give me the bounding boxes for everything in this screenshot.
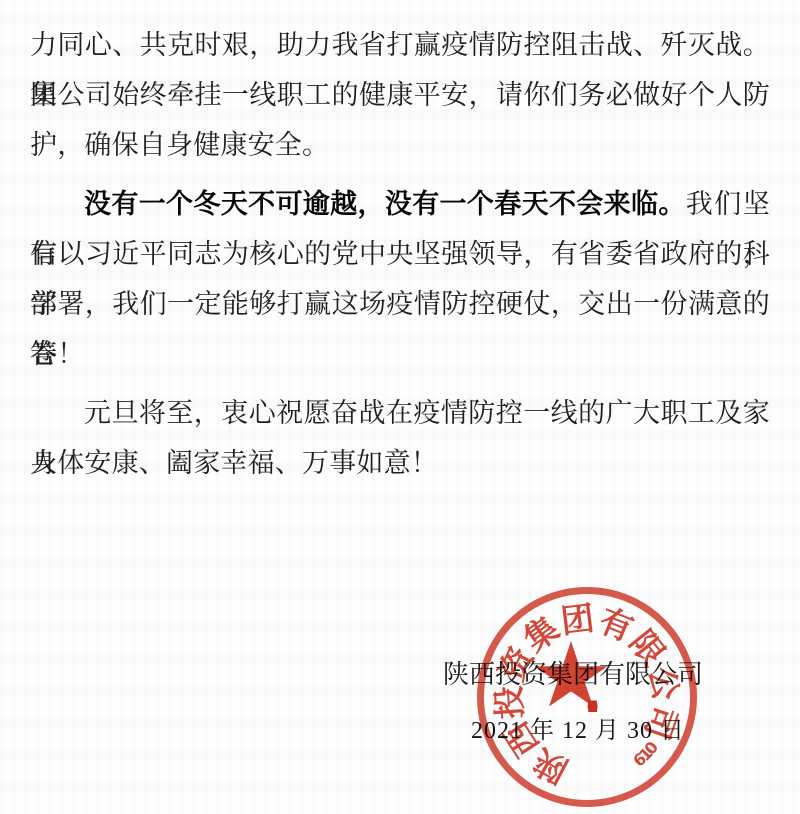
paragraph-1: 力同心、共克时艰，助力我省打赢疫情防控阻击战、歼灭战。集 团公司始终牵挂一线职工…: [30, 20, 770, 170]
paragraph-3: 元旦将至，衷心祝愿奋战在疫情防控一线的广大职工及家人 身体安康、阖家幸福、万事如…: [30, 388, 770, 488]
seal-ring-char: 投: [483, 684, 532, 720]
body-line: 卷！: [30, 329, 770, 379]
body-line: 身体安康、阖家幸福、万事如意！: [30, 438, 770, 488]
bold-lead-text: 没有一个冬天不可逾越，没有一个春天不会来临。: [84, 189, 686, 219]
letter-body: 力同心、共克时艰，助力我省打赢疫情防控阻击战、歼灭战。集 团公司始终牵挂一线职工…: [30, 20, 770, 488]
official-seal: 陕 西 投 资 集 团 有 限 公 司 6 1 0 1 0 2 0 0 6 6 …: [477, 587, 697, 807]
body-line: 部署，我们一定能够打赢这场疫情防控硬仗，交出一份满意的答: [30, 279, 770, 329]
body-line: 力同心、共克时艰，助力我省打赢疫情防控阻击战、歼灭战。集: [30, 20, 770, 70]
seal-ring-char: 团: [558, 592, 596, 643]
document-page: 力同心、共克时艰，助力我省打赢疫情防控阻击战、歼灭战。集 团公司始终牵挂一线职工…: [0, 0, 800, 814]
body-line: 元旦将至，衷心祝愿奋战在疫情防控一线的广大职工及家人: [30, 388, 770, 438]
seal-ring-char: 司: [635, 700, 690, 747]
paragraph-2: 没有一个冬天不可逾越，没有一个春天不会来临。我们坚信， 有以习近平同志为核心的党…: [30, 179, 770, 379]
body-line: 护，确保自身健康安全。: [30, 120, 770, 170]
body-line: 没有一个冬天不可逾越，没有一个春天不会来临。我们坚信，: [30, 179, 770, 229]
body-line: 团公司始终牵挂一线职工的健康平安，请你们务必做好个人防: [30, 70, 770, 120]
seal-serial-digit: 1: [587, 697, 598, 716]
body-line: 有以习近平同志为核心的党中央坚强领导，有省委省政府的科学: [30, 229, 770, 279]
seal-ring-char: 公: [640, 663, 692, 704]
